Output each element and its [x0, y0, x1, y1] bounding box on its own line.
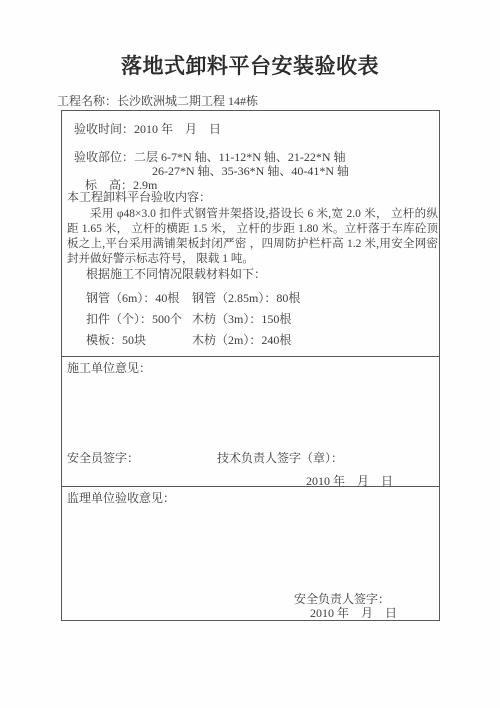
content-paragraph: 采用 φ48×3.0 扣件式钢管井架搭设,搭设长 6 米,宽 2.0 米， 立杆…	[67, 207, 438, 267]
acceptance-location-line1: 验收部位：二层 6-7*N 轴、11-12*N 轴、21-22*N 轴	[74, 150, 346, 164]
material-couplers: 扣件（个）：500个	[86, 310, 192, 327]
materials-row-1: 钢管（6m）：40根钢管（2.85m）：80根	[86, 289, 300, 306]
acceptance-time-label: 验收时间：	[74, 122, 134, 136]
tech-lead-signature-label: 技术负责人签字（章）：	[217, 451, 343, 465]
supervision-unit-section: 监理单位验收意见： 安全负责人签字： 2010 年 月 日	[62, 487, 439, 619]
page-title: 落地式卸料平台安装验收表	[0, 50, 500, 80]
safety-lead-signature-label: 安全负责人签字：	[294, 592, 390, 606]
project-name-label: 工程名称：	[57, 94, 117, 108]
construction-unit-heading: 施工单位意见：	[67, 361, 151, 375]
content-heading: 本工程卸料平台验收内容：	[67, 190, 211, 204]
supervision-unit-heading: 监理单位验收意见：	[67, 491, 175, 505]
material-timber-2m: 木枋（2m）：240根	[192, 331, 291, 348]
materials-row-2: 扣件（个）：500个木枋（3m）：150根	[86, 310, 291, 327]
material-steel-pipe-285m: 钢管（2.85m）：80根	[192, 289, 300, 306]
acceptance-time-value: 2010 年 月 日	[134, 122, 221, 136]
project-name-line: 工程名称：长沙欧洲城二期工程 14#栋	[57, 92, 258, 109]
acceptance-form-table: 验收时间：2010 年 月 日 验收部位：二层 6-7*N 轴、11-12*N …	[61, 110, 440, 621]
supervision-unit-date: 2010 年 月 日	[310, 606, 397, 620]
construction-unit-section: 施工单位意见： 安全员签字： 技术负责人签字（章）： 2010 年 月 日	[62, 357, 439, 487]
materials-heading: 根据施工不同情况限载材料如下：	[86, 267, 266, 281]
acceptance-location-value2: 26-27*N 轴、35-36*N 轴、40-41*N 轴	[152, 164, 349, 178]
project-name-value: 长沙欧洲城二期工程 14#栋	[117, 94, 258, 108]
acceptance-location-value1: 二层 6-7*N 轴、11-12*N 轴、21-22*N 轴	[134, 150, 346, 164]
form-main-section: 验收时间：2010 年 月 日 验收部位：二层 6-7*N 轴、11-12*N …	[62, 111, 439, 357]
acceptance-location-line2: 26-27*N 轴、35-36*N 轴、40-41*N 轴	[152, 164, 349, 178]
materials-row-3: 模板：50块木枋（2m）：240根	[86, 331, 291, 348]
material-formwork: 模板：50块	[86, 331, 192, 348]
construction-unit-date: 2010 年 月 日	[306, 474, 393, 488]
acceptance-location-label: 验收部位：	[74, 150, 134, 164]
material-steel-pipe-6m: 钢管（6m）：40根	[86, 289, 192, 306]
safety-officer-signature-label: 安全员签字：	[67, 451, 139, 465]
acceptance-time-line: 验收时间：2010 年 月 日	[74, 122, 221, 136]
document-page: 落地式卸料平台安装验收表 工程名称：长沙欧洲城二期工程 14#栋 验收时间：20…	[0, 0, 500, 708]
material-timber-3m: 木枋（3m）：150根	[192, 310, 291, 327]
